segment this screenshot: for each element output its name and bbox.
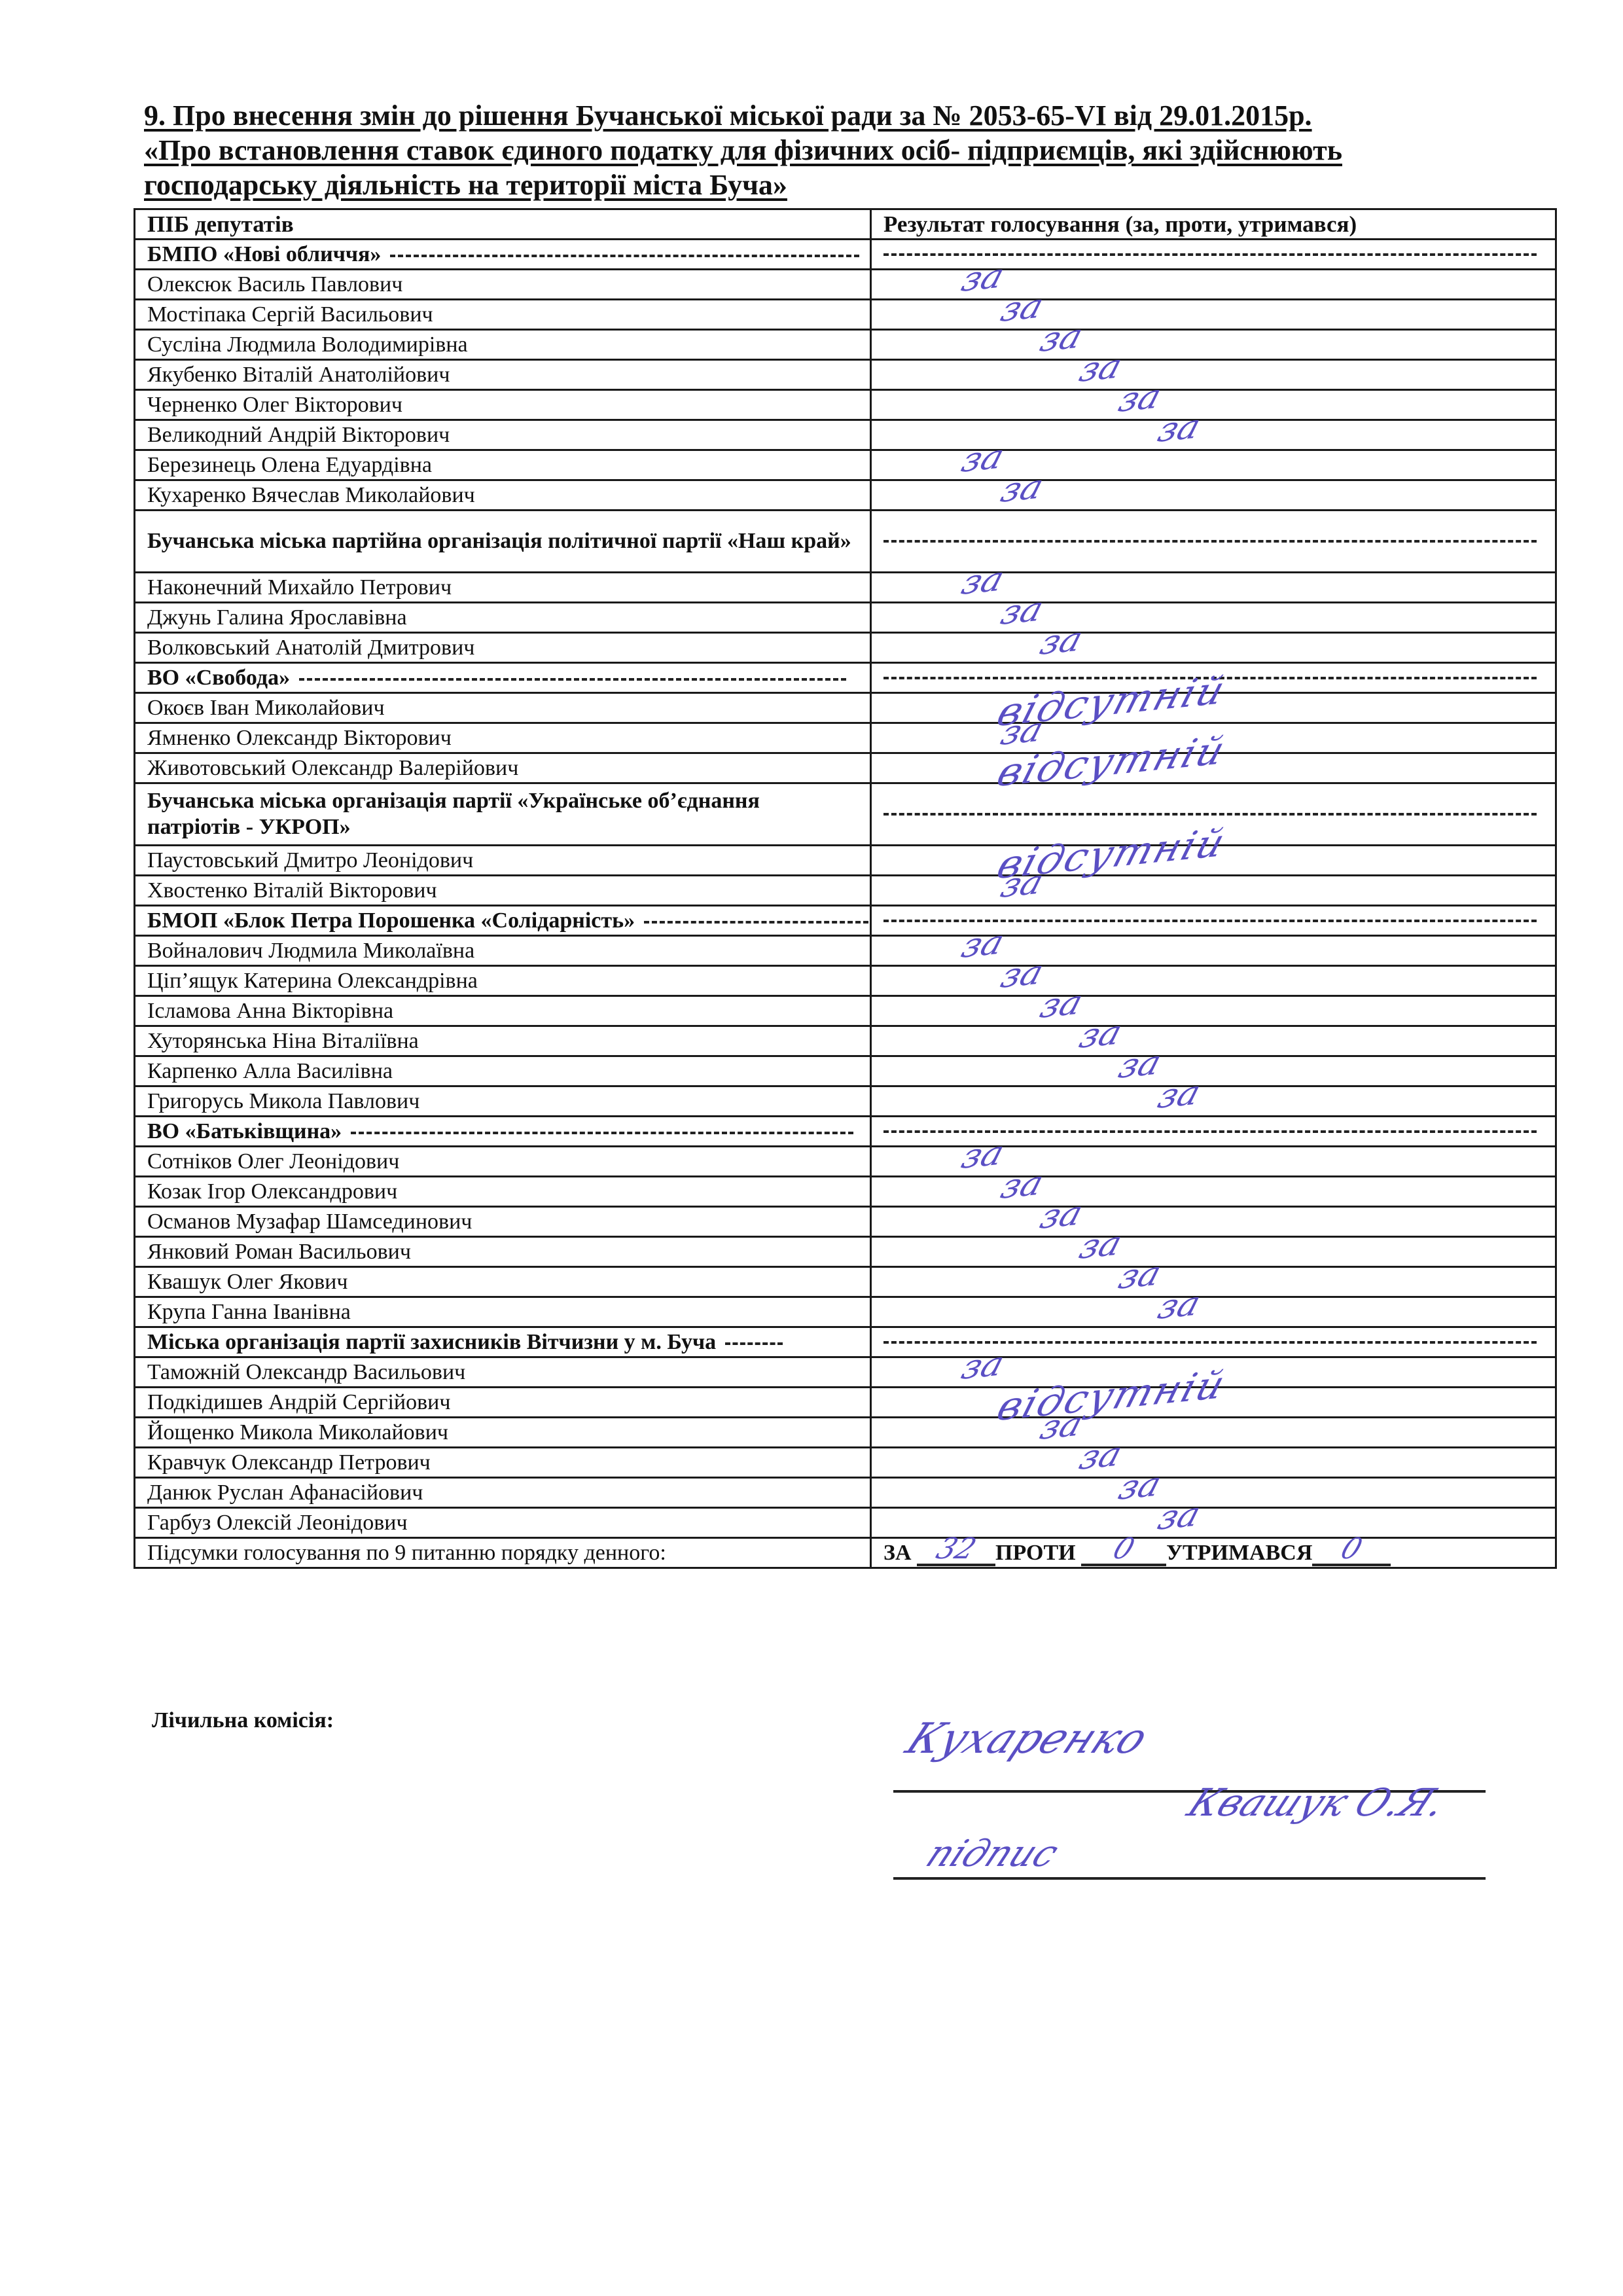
proty-label: ПРОТИ — [995, 1541, 1076, 1565]
deputy-vote-cell: відсутній — [871, 1388, 1556, 1418]
deputy-vote-cell: за — [871, 573, 1556, 603]
deputy-name: Сусліна Людмила Володимирівна — [135, 330, 871, 360]
deputy-row: Григорусь Микола Павловичза — [135, 1086, 1556, 1117]
dash-fill — [390, 255, 859, 257]
proty-value: 0 — [1077, 1536, 1171, 1562]
deputy-name: Карпенко Алла Василівна — [135, 1056, 871, 1086]
deputy-row: Наконечний Михайло Петровичза — [135, 573, 1556, 603]
signature-2: Квашук О.Я. — [1181, 1780, 1454, 1825]
header-deputies: ПІБ депутатів — [135, 209, 871, 240]
deputy-name: Мостіпака Сергій Васильович — [135, 300, 871, 330]
deputy-name: Ісламова Анна Вікторівна — [135, 996, 871, 1026]
signature-3: підпис — [919, 1833, 1065, 1875]
deputy-row: Подкідишев Андрій Сергійовичвідсутній — [135, 1388, 1556, 1418]
summary-row: Підсумки голосування по 9 питанню порядк… — [135, 1538, 1556, 1568]
party-group-row: БМПО «Нові обличчя» — [135, 240, 1556, 270]
deputy-name: Таможній Олександр Васильович — [135, 1357, 871, 1388]
party-name: БМОП «Блок Петра Порошенка «Солідарність… — [135, 906, 871, 936]
deputy-vote-cell: за — [871, 1267, 1556, 1297]
deputy-row: Волковський Анатолій Дмитровичза — [135, 633, 1556, 663]
deputy-row: Ямненко Олександр Вікторовичза — [135, 723, 1556, 753]
party-name: Міська організація партії захисників Віт… — [135, 1327, 871, 1357]
deputy-row: Крупа Ганна Іванівназа — [135, 1297, 1556, 1327]
deputy-vote-cell: за — [871, 1147, 1556, 1177]
deputy-name: Кухаренко Вячеслав Миколайович — [135, 480, 871, 511]
deputy-vote-cell: за — [871, 330, 1556, 360]
deputy-row: Янковий Роман Васильовичза — [135, 1237, 1556, 1267]
header-result: Результат голосування (за, проти, утрима… — [871, 209, 1556, 240]
utrymavsia-label: УТРИМАВСЯ — [1166, 1541, 1312, 1565]
party-group-row: Бучанська міська партійна організація по… — [135, 511, 1556, 573]
dash-fill — [644, 921, 868, 924]
deputy-row: Мостіпака Сергій Васильовичза — [135, 300, 1556, 330]
deputy-row: Якубенко Віталій Анатолійовичза — [135, 360, 1556, 390]
deputy-row: Карпенко Алла Василівназа — [135, 1056, 1556, 1086]
deputy-name: Ямненко Олександр Вікторович — [135, 723, 871, 753]
deputy-vote-cell: за — [871, 1237, 1556, 1267]
party-group-row: ВО «Батьківщина» — [135, 1117, 1556, 1147]
counting-commission-label: Лічильна комісія: — [152, 1708, 334, 1733]
deputy-vote-cell: за — [871, 360, 1556, 390]
deputy-name: Подкідишев Андрій Сергійович — [135, 1388, 871, 1418]
deputy-row: Османов Музафар Шамсединовичза — [135, 1207, 1556, 1237]
deputy-vote-cell: за — [871, 450, 1556, 480]
deputy-vote-cell: за — [871, 1177, 1556, 1207]
deputy-row: Данюк Руслан Афанасійовичза — [135, 1478, 1556, 1508]
party-name: ВО «Свобода» — [135, 663, 871, 693]
deputy-vote-cell: відсутній — [871, 753, 1556, 783]
summary-label: Підсумки голосування по 9 питанню порядк… — [135, 1538, 871, 1568]
party-group-row: Міська організація партії захисників Віт… — [135, 1327, 1556, 1357]
deputy-vote-cell: за — [871, 1207, 1556, 1237]
deputy-name: Наконечний Михайло Петрович — [135, 573, 871, 603]
deputy-row: Джунь Галина Ярославівназа — [135, 603, 1556, 633]
deputy-name: Паустовський Дмитро Леонідович — [135, 846, 871, 876]
agenda-item-title: 9. Про внесення змін до рішення Бучанськ… — [144, 98, 1492, 202]
signature-line-1 — [893, 1877, 1486, 1880]
deputy-name: Козак Ігор Олександрович — [135, 1177, 871, 1207]
deputy-row: Таможній Олександр Васильовичза — [135, 1357, 1556, 1388]
deputy-row: Паустовський Дмитро Леонідовичвідсутній — [135, 846, 1556, 876]
deputy-name: Данюк Руслан Афанасійович — [135, 1478, 871, 1508]
deputy-vote-cell: за — [871, 1297, 1556, 1327]
deputy-vote-cell: за — [871, 876, 1556, 906]
deputy-name: Османов Музафар Шамсединович — [135, 1207, 871, 1237]
za-label: ЗА — [883, 1541, 912, 1565]
signature-1: Кухаренко — [899, 1715, 1156, 1763]
deputy-row: Черненко Олег Вікторовичза — [135, 390, 1556, 420]
deputy-name: Григорусь Микола Павлович — [135, 1086, 871, 1117]
title-line-3: господарську діяльність на території міс… — [144, 168, 1492, 202]
deputy-vote-cell: за — [871, 1418, 1556, 1448]
party-group-row: БМОП «Блок Петра Порошенка «Солідарність… — [135, 906, 1556, 936]
deputy-row: Сусліна Людмила Володимирівназа — [135, 330, 1556, 360]
deputy-vote-cell: за — [871, 1478, 1556, 1508]
dash-fill — [725, 1342, 783, 1345]
deputy-row: Животовський Олександр Валерійовичвідсут… — [135, 753, 1556, 783]
deputy-vote-cell: за — [871, 390, 1556, 420]
deputy-name: Животовський Олександр Валерійович — [135, 753, 871, 783]
deputy-vote-cell: за — [871, 1448, 1556, 1478]
deputy-row: Войналович Людмила Миколаївназа — [135, 936, 1556, 966]
deputy-row: Олексюк Василь Павловичза — [135, 270, 1556, 300]
proty-value-blank: 0 — [1081, 1564, 1166, 1566]
deputy-vote-cell: відсутній — [871, 693, 1556, 723]
deputy-row: Кравчук Олександр Петровичза — [135, 1448, 1556, 1478]
party-name: Бучанська міська організація партії «Укр… — [135, 783, 871, 846]
party-name: БМПО «Нові обличчя» — [135, 240, 871, 270]
deputy-row: Ісламова Анна Вікторівназа — [135, 996, 1556, 1026]
za-value-blank: 32 — [917, 1564, 995, 1566]
deputy-name: Окоєв Іван Миколайович — [135, 693, 871, 723]
deputy-vote-cell: за — [871, 936, 1556, 966]
deputy-name: Березинець Олена Едуардівна — [135, 450, 871, 480]
deputy-name: Войналович Людмила Миколаївна — [135, 936, 871, 966]
deputy-row: Хвостенко Віталій Вікторовичза — [135, 876, 1556, 906]
deputy-vote-cell: за — [871, 300, 1556, 330]
deputy-name: Хвостенко Віталій Вікторович — [135, 876, 871, 906]
deputy-name: Ціп’ящук Катерина Олександрівна — [135, 966, 871, 996]
deputy-vote-cell: за — [871, 270, 1556, 300]
deputy-row: Кухаренко Вячеслав Миколайовичза — [135, 480, 1556, 511]
deputy-row: Сотніков Олег Леонідовичза — [135, 1147, 1556, 1177]
deputy-vote-cell: за — [871, 603, 1556, 633]
deputy-name: Великодний Андрій Вікторович — [135, 420, 871, 450]
title-line-1: 9. Про внесення змін до рішення Бучанськ… — [144, 98, 1492, 133]
party-name: ВО «Батьківщина» — [135, 1117, 871, 1147]
deputy-vote-cell: за — [871, 1056, 1556, 1086]
deputy-name: Квашук Олег Якович — [135, 1267, 871, 1297]
deputy-row: Квашук Олег Яковичза — [135, 1267, 1556, 1297]
deputy-name: Йощенко Микола Миколайович — [135, 1418, 871, 1448]
deputy-name: Хуторянська Ніна Віталіївна — [135, 1026, 871, 1056]
title-line-2: «Про встановлення ставок єдиного податку… — [144, 133, 1492, 168]
deputy-row: Хуторянська Ніна Віталіївназа — [135, 1026, 1556, 1056]
summary-result: ЗА 32ПРОТИ 0УТРИМАВСЯ0 — [871, 1538, 1556, 1568]
party-group-row: Бучанська міська організація партії «Укр… — [135, 783, 1556, 846]
deputy-vote-cell: за — [871, 633, 1556, 663]
deputy-vote-cell: за — [871, 996, 1556, 1026]
utrymavsia-value-blank: 0 — [1312, 1564, 1391, 1566]
deputy-vote-cell: за — [871, 1026, 1556, 1056]
deputy-name: Волковський Анатолій Дмитрович — [135, 633, 871, 663]
deputy-name: Кравчук Олександр Петрович — [135, 1448, 871, 1478]
party-group-row: ВО «Свобода» — [135, 663, 1556, 693]
deputy-vote-cell: відсутній — [871, 846, 1556, 876]
deputy-vote-cell: за — [871, 1086, 1556, 1117]
utrymavsia-value: 0 — [1308, 1536, 1396, 1562]
deputy-name: Якубенко Віталій Анатолійович — [135, 360, 871, 390]
deputy-row: Окоєв Іван Миколайовичвідсутній — [135, 693, 1556, 723]
deputy-row: Великодний Андрій Вікторовичза — [135, 420, 1556, 450]
deputy-row: Ціп’ящук Катерина Олександрівназа — [135, 966, 1556, 996]
deputy-vote-cell: за — [871, 966, 1556, 996]
party-name: Бучанська міська партійна організація по… — [135, 511, 871, 573]
deputy-row: Березинець Олена Едуардівназа — [135, 450, 1556, 480]
dash-fill — [351, 1132, 853, 1134]
deputy-row: Козак Ігор Олександровичза — [135, 1177, 1556, 1207]
deputy-row: Гарбуз Олексій Леонідовичза — [135, 1508, 1556, 1538]
table-header: ПІБ депутатів Результат голосування (за,… — [135, 209, 1556, 240]
deputy-row: Йощенко Микола Миколайовичза — [135, 1418, 1556, 1448]
deputy-name: Гарбуз Олексій Леонідович — [135, 1508, 871, 1538]
deputy-name: Черненко Олег Вікторович — [135, 390, 871, 420]
voting-table: ПІБ депутатів Результат голосування (за,… — [134, 208, 1557, 1569]
za-value: 32 — [912, 1536, 1001, 1562]
deputy-name: Олексюк Василь Павлович — [135, 270, 871, 300]
deputy-name: Крупа Ганна Іванівна — [135, 1297, 871, 1327]
deputy-vote-cell: за — [871, 480, 1556, 511]
dash-fill — [299, 678, 846, 681]
deputy-name: Сотніков Олег Леонідович — [135, 1147, 871, 1177]
deputy-name: Джунь Галина Ярославівна — [135, 603, 871, 633]
deputy-name: Янковий Роман Васильович — [135, 1237, 871, 1267]
